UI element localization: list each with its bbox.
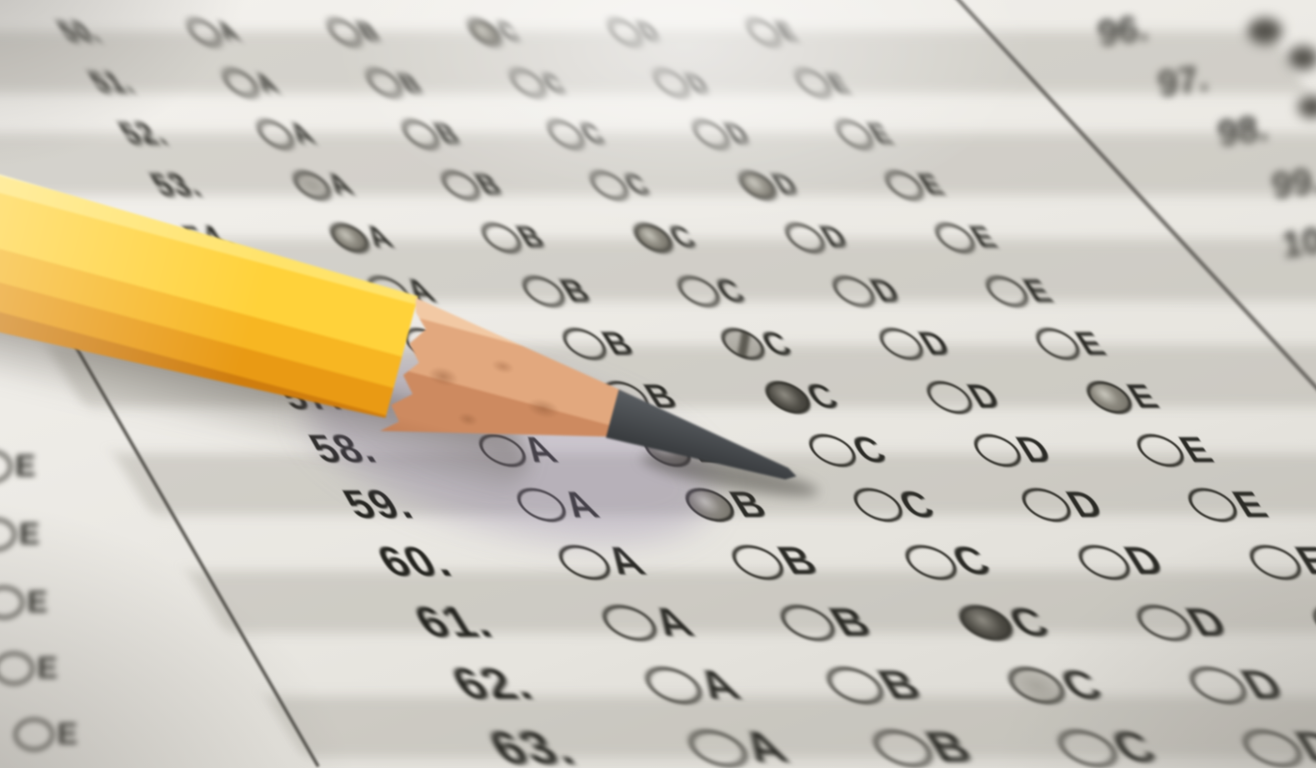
bubble-option-c: C [1045,722,1168,768]
bubble-option-e: E [1073,371,1171,423]
answer-row: 60.ABCDE [335,536,1316,588]
bubble-option-c: C [840,479,947,531]
bubble-option-c: C [620,212,709,264]
answer-row: 53.ABCDE [99,159,1316,211]
bubble-option-d: D [772,212,861,264]
bubble-option-e: E [733,6,810,58]
bubble-option-a: A [589,597,705,649]
bubble-option-e: E [782,57,862,109]
bubble-option-e: E [0,448,36,484]
empty-bubble [0,652,34,685]
bubble-option-d: D [913,371,1013,423]
bubble-option-d: D [1065,536,1176,588]
bubble-option-d: D [819,265,913,317]
question-number: 51. [40,57,147,109]
bubble-option-a: A [545,536,656,588]
bubble-option-e: E [1300,597,1316,649]
scantron-answer-sheet-photo: 50.ABCDE51.ABCDE52.ABCDE53.ABCDE54.ABCDE… [0,0,1316,768]
bubble-option-d: D [1008,479,1115,531]
answer-row: 50.ABCDE [4,6,1311,58]
out-of-focus-bubble [1248,18,1282,44]
bubble-option-e: E [1022,318,1117,370]
bubble-option-c: C [891,536,1002,588]
bubble-option-a: A [675,722,798,768]
bubble-option-e: E [14,716,78,752]
option-letter: E [37,650,58,686]
bubble-option-c: C [454,6,532,58]
bubble-option-e: E [872,159,957,211]
empty-bubble [1305,605,1316,641]
question-number: 61. [378,597,503,649]
bubble-option-e: E [922,212,1010,264]
answer-row: 52.ABCDE [67,108,1316,160]
bubble-option-e: E [972,265,1064,317]
bubble-option-b: B [353,57,434,109]
bubble-option-c: C [945,597,1061,649]
bubble-option-c: C [664,265,758,317]
bubble-option-b: B [767,597,883,649]
option-letter: E [27,584,48,620]
bubble-option-a: A [243,108,327,160]
option-letter: E [15,448,36,484]
bubble-option-c: C [497,57,578,109]
empty-bubble [14,718,54,751]
bubble-option-d: D [866,318,963,370]
answer-row: 62.ABCDE [412,659,1316,711]
bubble-option-e: E [0,650,58,686]
bubble-option-d: D [1124,597,1240,649]
option-letter: E [19,516,40,552]
bubble-option-d: D [1176,659,1295,711]
answer-row: 63.ABCDE [451,722,1316,768]
empty-bubble [0,586,24,619]
bubble-option-b: B [428,159,514,211]
bubble-option-b: B [314,6,392,58]
bubble-option-b: B [468,212,557,264]
answer-row: 61.ABCDE [373,597,1316,649]
bubble-option-a: A [279,159,365,211]
bubble-option-a: A [174,6,252,58]
bubble-option-e: E [1236,536,1316,588]
bubble-option-b: B [860,722,983,768]
bubble-option-a: A [632,659,751,711]
bubble-option-c: C [995,659,1114,711]
bubble-option-d: D [594,6,672,58]
bubble-option-e: E [1174,479,1279,531]
question-number: 63. [457,722,586,768]
bubble-option-d: D [1230,722,1316,768]
bubble-option-c: C [534,108,618,160]
bubble-option-e: E [0,516,40,552]
bubble-option-b: B [813,659,932,711]
out-of-focus-bubble [1288,46,1316,70]
answer-row: 51.ABCDE [36,57,1316,109]
bubble-option-e: E [1123,424,1225,476]
bubble-option-c: C [576,159,662,211]
bubble-option-d: D [960,424,1063,476]
option-letter: E [57,716,78,752]
bubble-option-b: B [389,108,473,160]
empty-bubble [0,518,16,551]
empty-bubble [0,450,12,483]
bubble-option-a: A [210,57,291,109]
bubble-option-d: D [725,159,811,211]
bubble-option-e: E [823,108,905,160]
bubble-option-d: D [679,108,763,160]
bubble-option-e: E [0,584,48,620]
bubble-option-d: D [640,57,721,109]
